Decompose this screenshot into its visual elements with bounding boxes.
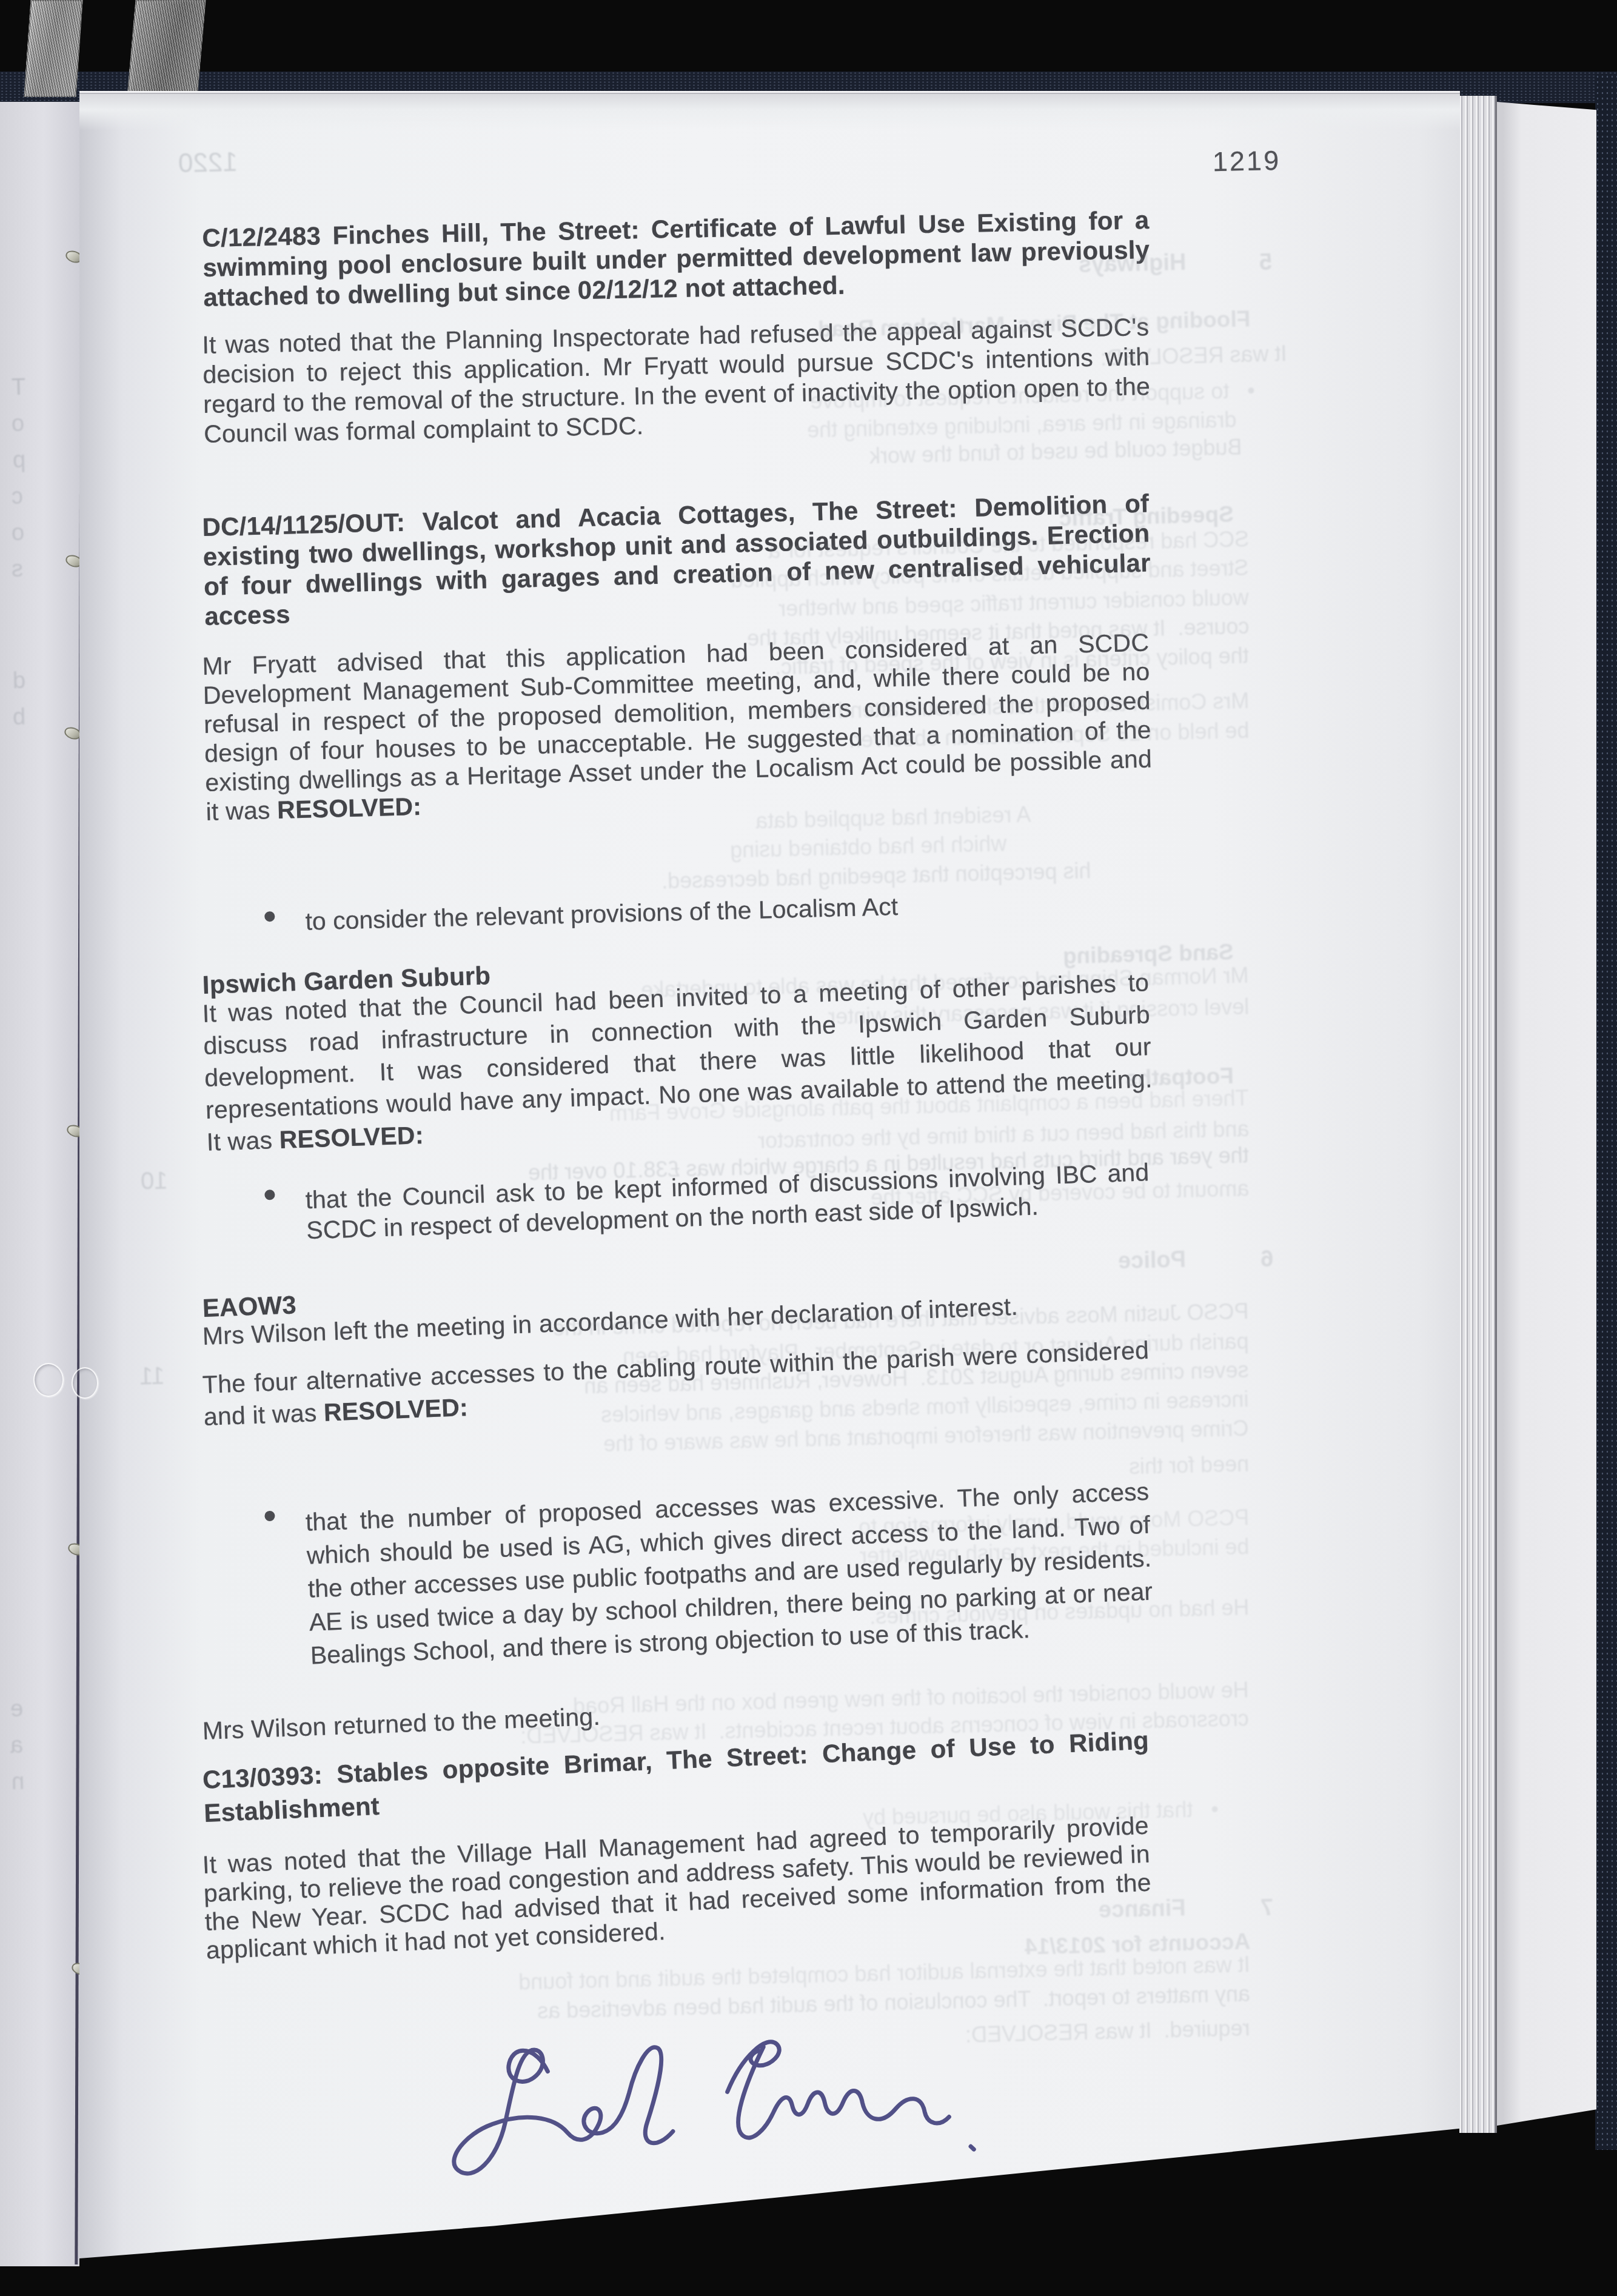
scanned-minutes-page: 1219 C/12/2483 Finches Hill, The Street:…: [0, 0, 1617, 2296]
signature: [0, 0, 1617, 2296]
